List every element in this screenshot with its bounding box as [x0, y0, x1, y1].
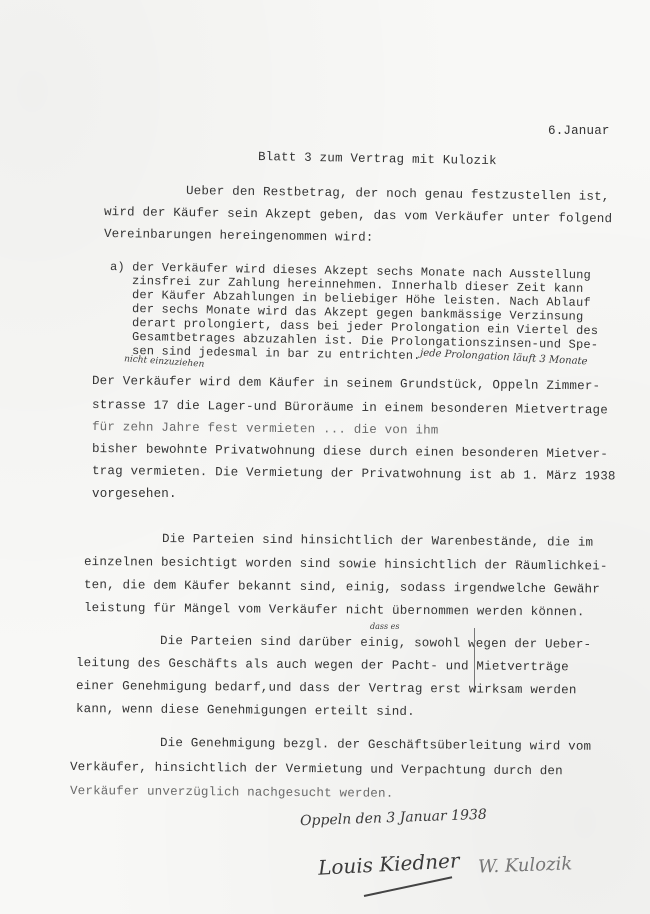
p3-line-2: einzelnen besichtigt worden sind sowie h… — [84, 555, 608, 574]
signature-buyer: W. Kulozik — [478, 853, 573, 877]
p3-line-3: ten, die dem Käufer bekannt sind, einig,… — [84, 578, 600, 597]
p4-line-1: Die Parteien sind darüber einig, sowohl … — [160, 634, 591, 652]
p1-line-3: Vereinbarungen hereingenommen wird: — [104, 227, 374, 245]
p2-line-6: vorgesehen. — [92, 487, 177, 501]
p5-line-1: Die Genehmigung bezgl. der Geschäftsüber… — [160, 736, 591, 754]
p2-line-1: Der Verkäufer wird dem Käufer in seinem … — [92, 374, 600, 393]
p2-line-3: für zehn Jahre fest vermieten ... die vo… — [92, 420, 439, 438]
p5-line-3: Verkäufer unverzüglich nachgesucht werde… — [70, 784, 394, 801]
p1-line-1: Ueber den Restbetrag, der noch genau fes… — [186, 184, 610, 204]
handwritten-place-date: Oppeln den 3 Januar 1938 — [300, 807, 487, 830]
p2-line-2: strasse 17 die Lager-und Büroräume in ei… — [92, 398, 608, 417]
p5-line-2: Verkäufer, hinsichtlich der Vermietung u… — [70, 760, 563, 778]
p2-line-4: bisher bewohnte Privatwohnung diese durc… — [92, 442, 608, 461]
p1-line-2: wird der Käufer sein Akzept geben, das v… — [104, 205, 612, 226]
signature-underline — [364, 876, 452, 897]
p2-line-5: trag vermieten. Die Vermietung der Priva… — [92, 464, 616, 483]
p4-line-3: einer Genehmigung bedarf,und dass der Ve… — [76, 679, 577, 697]
p4-line-2: leitung des Geschäfts als auch wegen der… — [76, 656, 569, 674]
document-page: 6.Januar Blatt 3 zum Vertrag mit Kulozik… — [0, 0, 650, 914]
handwritten-insert-note: dass es — [370, 622, 399, 631]
p4-line-4: kann, wenn diese Genehmigungen erteilt s… — [76, 702, 415, 719]
document-date: 6.Januar — [548, 124, 610, 138]
signature-seller: Louis Kiedner — [317, 848, 460, 879]
p3-line-4: leistung für Mängel vom Verkäufer nicht … — [84, 601, 585, 619]
document-title: Blatt 3 zum Vertrag mit Kulozik — [258, 150, 497, 168]
p3-line-1: Die Parteien sind hinsichtlich der Waren… — [162, 532, 593, 550]
